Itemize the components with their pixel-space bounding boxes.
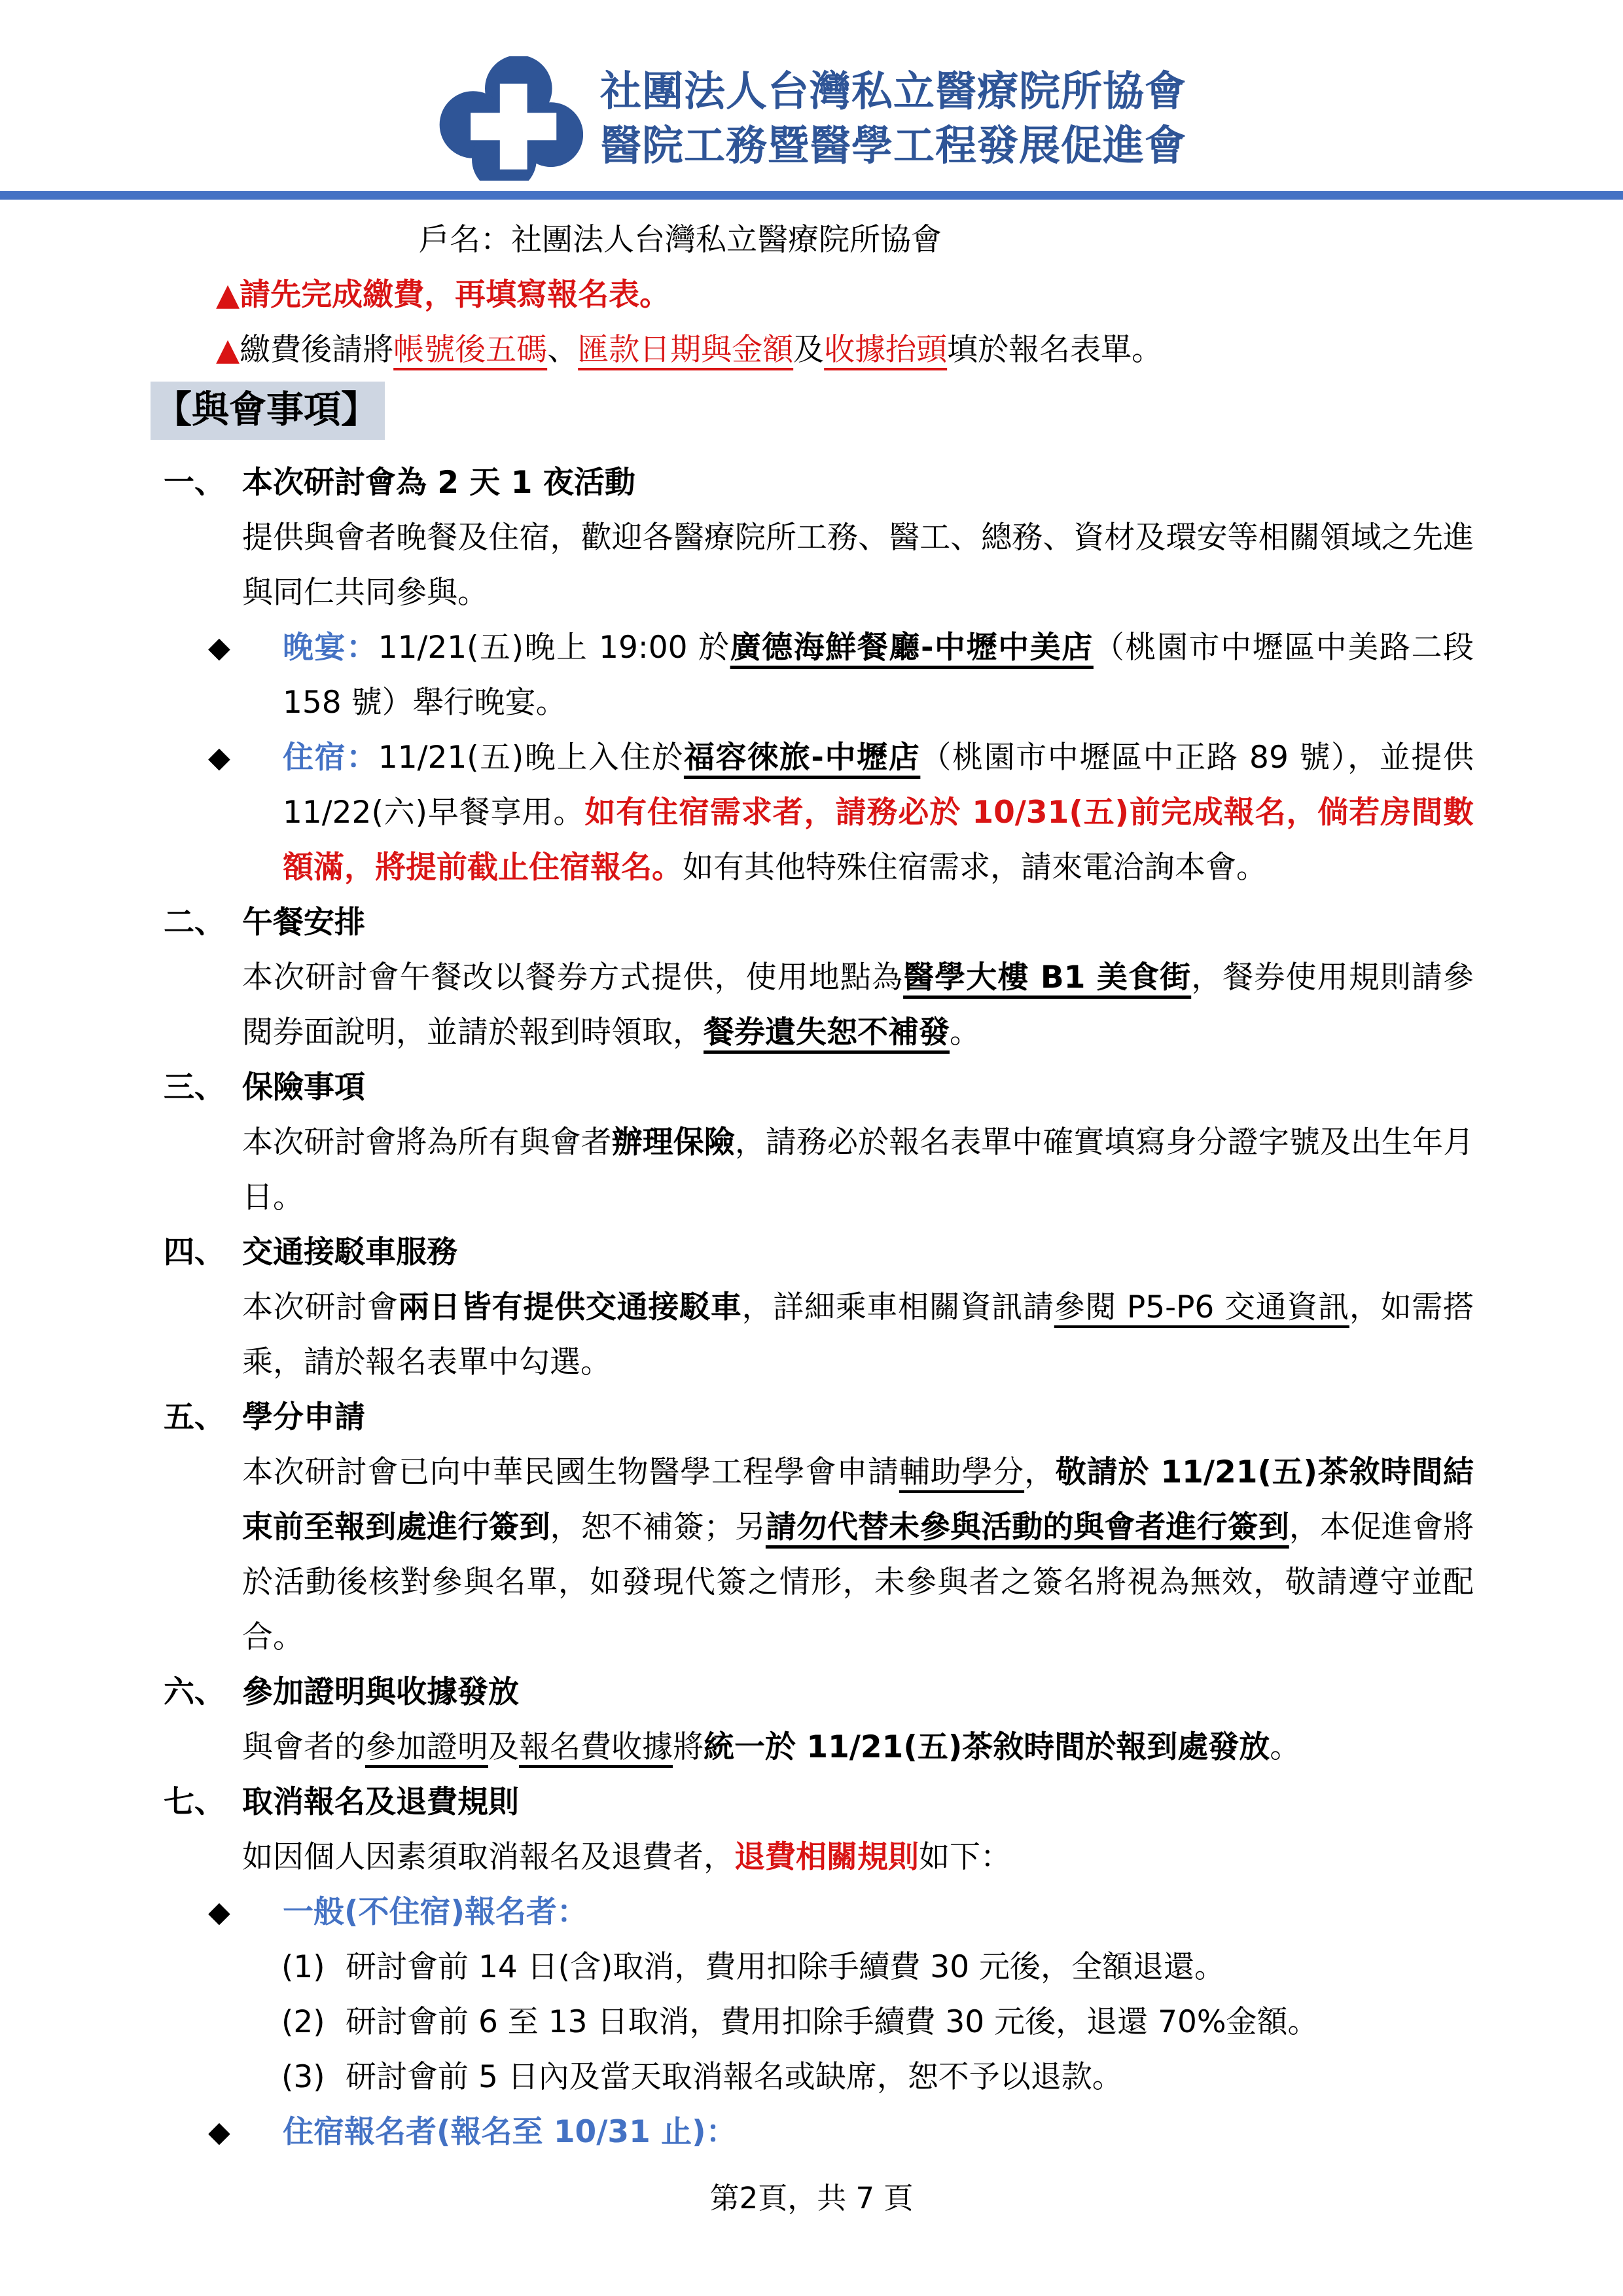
text-run: 11/21(五)晚上 19:00 於 [378, 630, 730, 666]
item-heading: 四、交通接駁車服務 [164, 1225, 1623, 1280]
item-title: 午餐安排 [242, 895, 365, 950]
diamond-bullet-row: ◆住宿報名者(報名至 10/31 止)： [208, 2105, 1474, 2160]
text-run: 報名費收據 [519, 1729, 673, 1765]
text-run: 一般(不住宿)報名者： [283, 1894, 588, 1930]
text-run: 如有其他特殊住宿需求，請來電洽詢本會。 [683, 850, 1267, 886]
item-number: 一、 [164, 456, 242, 511]
text-run: ，詳細乘車相關資訊請 [742, 1289, 1054, 1325]
item-heading: 六、參加證明與收據發放 [164, 1665, 1623, 1720]
item-heading: 七、取消報名及退費規則 [164, 1775, 1623, 1830]
list-item-section: 一、本次研討會為 2 天 1 夜活動提供與會者晚餐及住宿，歡迎各醫療院所工務、醫… [0, 456, 1623, 895]
page-number: 第2頁，共 7 頁 [0, 2174, 1623, 2217]
text-run: ，恕不補簽；另 [550, 1509, 766, 1545]
text-run: 如下： [919, 1839, 1011, 1875]
item-heading: 一、本次研討會為 2 天 1 夜活動 [164, 456, 1623, 511]
text-run: 11/21(五)晚上入住於 [378, 740, 684, 776]
diamond-bullet-row: ◆一般(不住宿)報名者： [208, 1885, 1474, 1940]
sub-number: (2) [281, 1995, 346, 2050]
item-number: 四、 [164, 1225, 242, 1280]
diamond-bullet-icon: ◆ [208, 1885, 283, 1940]
text-run: 餐券遺失恕不補發 [704, 1014, 950, 1050]
diamond-bullet-row: ◆住宿：11/21(五)晚上入住於福容徠旅-中壢店（桃園市中壢區中正路 89 號… [208, 730, 1474, 895]
text-run: 參閱 P5-P6 交通資訊 [1054, 1289, 1349, 1325]
text-run: 參加證明 [365, 1729, 488, 1765]
bullet-text: 住宿報名者(報名至 10/31 止)： [283, 2105, 1474, 2160]
text-run: 廣德海鮮餐廳-中壢中美店 [730, 630, 1094, 666]
text-run: 繳費後請將 [240, 332, 393, 368]
document-header: 社團法人台灣私立醫療院所協會 醫院工務暨醫學工程發展促進會 [0, 0, 1623, 181]
text-run: 本次研討會 [242, 1289, 399, 1325]
text-run: 將 [673, 1729, 704, 1765]
text-run: 匯款日期與金額 [578, 332, 793, 368]
account-name-line: 戶名：社團法人台灣私立醫療院所協會 [419, 213, 1623, 268]
text-run: 住宿： [283, 740, 378, 776]
bullet-text: 晚宴：11/21(五)晚上 19:00 於廣德海鮮餐廳-中壢中美店（桃園市中壢區… [283, 620, 1474, 730]
payment-warning-line: ▲請先完成繳費，再填寫報名表。 [216, 268, 1623, 323]
list-item-section: 三、保險事項本次研討會將為所有與會者辦理保險，請務必於報名表單中確實填寫身分證字… [0, 1060, 1623, 1225]
sub-numbered-row: (1)研討會前 14 日(含)取消，費用扣除手續費 30 元後，全額退還。 [281, 1940, 1474, 1995]
org-logo-clover-cross-icon [437, 56, 583, 181]
text-run: 統一於 11/21(五)茶敘時間於報到處發放 [704, 1729, 1270, 1765]
text-run: 如因個人因素須取消報名及退費者， [242, 1839, 734, 1875]
sub-text: 研討會前 5 日內及當天取消報名或缺席，恕不予以退款。 [346, 2050, 1474, 2105]
text-run: 住宿報名者(報名至 10/31 止)： [283, 2114, 737, 2150]
text-run: 及 [793, 332, 824, 368]
text-run: 本次研討會午餐改以餐券方式提供，使用地點為 [242, 960, 903, 996]
text-run: 收據抬頭 [824, 332, 947, 368]
text-run: ▲ [216, 332, 240, 368]
diamond-bullet-row: ◆晚宴：11/21(五)晚上 19:00 於廣德海鮮餐廳-中壢中美店（桃園市中壢… [208, 620, 1474, 730]
item-number: 三、 [164, 1060, 242, 1115]
item-title: 參加證明與收據發放 [242, 1665, 519, 1720]
item-paragraph: 本次研討會午餐改以餐券方式提供，使用地點為醫學大樓 B1 美食街，餐券使用規則請… [242, 950, 1474, 1060]
bullet-text: 住宿：11/21(五)晚上入住於福容徠旅-中壢店（桃園市中壢區中正路 89 號）… [283, 730, 1474, 895]
sub-number: (3) [281, 2050, 346, 2105]
text-run: 本次研討會將為所有與會者 [242, 1124, 612, 1160]
org-title-line1: 社團法人台灣私立醫療院所協會 [600, 64, 1186, 118]
text-run: 請勿代替未參與活動的與會者進行簽到 [766, 1509, 1289, 1545]
document-page: { "colors": { "brand_blue": "#2F5597", "… [0, 0, 1623, 2296]
list-item-section: 四、交通接駁車服務本次研討會兩日皆有提供交通接駁車，詳細乘車相關資訊請參閱 P5… [0, 1225, 1623, 1390]
item-number: 六、 [164, 1665, 242, 1720]
item-title: 本次研討會為 2 天 1 夜活動 [242, 456, 635, 511]
item-heading: 二、午餐安排 [164, 895, 1623, 950]
item-number: 二、 [164, 895, 242, 950]
item-paragraph: 本次研討會將為所有與會者辦理保險，請務必於報名表單中確實填寫身分證字號及出生年月… [242, 1115, 1474, 1225]
sub-text: 研討會前 14 日(含)取消，費用扣除手續費 30 元後，全額退還。 [346, 1940, 1474, 1995]
text-run: 及 [488, 1729, 519, 1765]
diamond-bullet-icon: ◆ [208, 730, 283, 895]
org-title: 社團法人台灣私立醫療院所協會 醫院工務暨醫學工程發展促進會 [600, 64, 1186, 173]
header-divider [0, 191, 1623, 200]
list-item-section: 五、學分申請本次研討會已向中華民國生物醫學工程學會申請輔助學分，敬請於 11/2… [0, 1390, 1623, 1665]
text-run: 兩日皆有提供交通接駁車 [399, 1289, 742, 1325]
text-run: 研討會前 5 日內及當天取消報名或缺席，恕不予以退款。 [346, 2059, 1123, 2095]
numbered-items: 一、本次研討會為 2 天 1 夜活動提供與會者晚餐及住宿，歡迎各醫療院所工務、醫… [0, 456, 1623, 2160]
item-paragraph: 如因個人因素須取消報名及退費者，退費相關規則如下： [242, 1830, 1474, 1885]
text-run: 填於報名表單。 [947, 332, 1162, 368]
list-item-section: 七、取消報名及退費規則如因個人因素須取消報名及退費者，退費相關規則如下：◆一般(… [0, 1775, 1623, 2160]
text-run: 研討會前 6 至 13 日取消，費用扣除手續費 30 元後，退還 70%金額。 [346, 2004, 1319, 2040]
item-title: 學分申請 [242, 1390, 365, 1445]
item-number: 五、 [164, 1390, 242, 1445]
text-run: 提供與會者晚餐及住宿，歡迎各醫療院所工務、醫工、總務、資材及環安等相關領域之先進… [242, 520, 1474, 611]
item-paragraph: 與會者的參加證明及報名費收據將統一於 11/21(五)茶敘時間於報到處發放。 [242, 1720, 1474, 1775]
text-run: 本次研討會已向中華民國生物醫學工程學會申請 [242, 1454, 899, 1490]
bullet-text: 一般(不住宿)報名者： [283, 1885, 1474, 1940]
item-title: 交通接駁車服務 [242, 1225, 457, 1280]
text-run: 帳號後五碼 [393, 332, 547, 368]
text-run: 辦理保險 [612, 1124, 735, 1160]
list-item-section: 二、午餐安排本次研討會午餐改以餐券方式提供，使用地點為醫學大樓 B1 美食街，餐… [0, 895, 1623, 1060]
item-paragraph: 本次研討會兩日皆有提供交通接駁車，詳細乘車相關資訊請參閱 P5-P6 交通資訊，… [242, 1280, 1474, 1390]
item-title: 取消報名及退費規則 [242, 1775, 519, 1830]
item-title: 保險事項 [242, 1060, 365, 1115]
text-run: 。 [950, 1014, 980, 1050]
payment-warning-line: ▲繳費後請將帳號後五碼、匯款日期與金額及收據抬頭填於報名表單。 [216, 323, 1623, 378]
text-run: ▲請先完成繳費，再填寫報名表。 [216, 277, 670, 313]
section-title: 【與會事項】 [151, 382, 385, 440]
org-title-line2: 醫院工務暨醫學工程發展促進會 [600, 118, 1186, 173]
text-run: ， [1024, 1454, 1056, 1490]
item-heading: 五、學分申請 [164, 1390, 1623, 1445]
payment-warnings: ▲請先完成繳費，再填寫報名表。▲繳費後請將帳號後五碼、匯款日期與金額及收據抬頭填… [0, 268, 1623, 378]
sub-numbered-row: (2)研討會前 6 至 13 日取消，費用扣除手續費 30 元後，退還 70%金… [281, 1995, 1474, 2050]
text-run: 研討會前 14 日(含)取消，費用扣除手續費 30 元後，全額退還。 [346, 1949, 1225, 1985]
text-run: 與會者的 [242, 1729, 365, 1765]
text-run: 晚宴： [283, 630, 378, 666]
text-run: 福容徠旅-中壢店 [684, 740, 920, 776]
sub-number: (1) [281, 1940, 346, 1995]
text-run: 。 [1270, 1729, 1300, 1765]
item-paragraph: 提供與會者晚餐及住宿，歡迎各醫療院所工務、醫工、總務、資材及環安等相關領域之先進… [242, 511, 1474, 620]
list-item-section: 六、參加證明與收據發放與會者的參加證明及報名費收據將統一於 11/21(五)茶敘… [0, 1665, 1623, 1775]
sub-text: 研討會前 6 至 13 日取消，費用扣除手續費 30 元後，退還 70%金額。 [346, 1995, 1474, 2050]
item-number: 七、 [164, 1775, 242, 1830]
item-heading: 三、保險事項 [164, 1060, 1623, 1115]
text-run: 輔助學分 [899, 1454, 1024, 1490]
sub-numbered-row: (3)研討會前 5 日內及當天取消報名或缺席，恕不予以退款。 [281, 2050, 1474, 2105]
diamond-bullet-icon: ◆ [208, 620, 283, 730]
item-paragraph: 本次研討會已向中華民國生物醫學工程學會申請輔助學分，敬請於 11/21(五)茶敘… [242, 1445, 1474, 1665]
diamond-bullet-icon: ◆ [208, 2105, 283, 2160]
text-run: 退費相關規則 [734, 1839, 919, 1875]
text-run: 醫學大樓 B1 美食街 [903, 960, 1191, 996]
text-run: 、 [547, 332, 578, 368]
